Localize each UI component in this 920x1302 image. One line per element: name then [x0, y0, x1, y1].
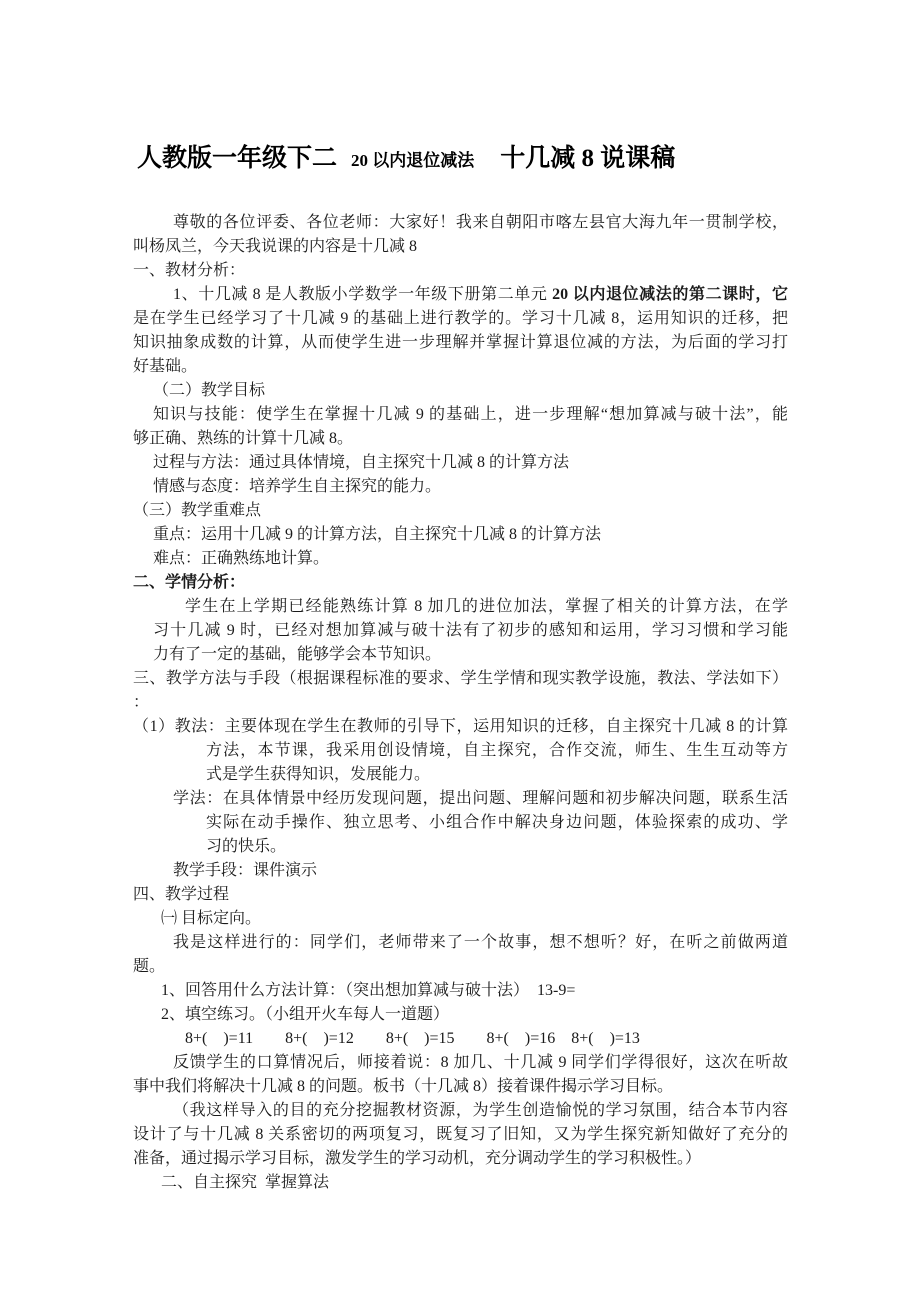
doc-line: 知识与技能：使学生在掌握十几减 9 的基础上，进一步理解“想加算减与破十法”，能 [153, 403, 788, 427]
doc-line: 好基础。 [133, 355, 788, 379]
doc-line: 重点：运用十几减 9 的计算方法，自主探究十几减 8 的计算方法 [153, 523, 788, 547]
doc-line: 方法，本节课，我采用创设情境，自主探究，合作交流，师生、生生互动等方 [206, 739, 788, 763]
doc-heading-key-difficult-points: （三）教学重难点 [133, 499, 788, 523]
doc-line: 我是这样进行的：同学们，老师带来了一个故事，想不想听？好，在听之前做两道 [173, 931, 788, 955]
doc-line: 够正确、熟练的计算十几减 8。 [133, 427, 788, 451]
doc-line: 教学手段：课件演示 [173, 859, 788, 883]
doc-heading-teaching-goals: （二）教学目标 [153, 379, 788, 403]
doc-line: 准备，通过揭示学习目标，激发学生的学习动机，充分调动学生的学习积极性。） [133, 1147, 788, 1171]
document-page: 人教版一年级下二 20 以内退位减法 十几减 8 说课稿 尊敬的各位评委、各位老… [0, 0, 920, 1302]
doc-line: 是在学生已经学习了十几减 9 的基础上进行教学的。学习十几减 8，运用知识的迁移… [133, 307, 788, 331]
title-main-left: 人教版一年级下二 [137, 145, 337, 172]
doc-line: 情感与态度：培养学生自主探究的能力。 [153, 475, 788, 499]
page-title: 人教版一年级下二 20 以内退位减法 十几减 8 说课稿 [137, 140, 788, 176]
doc-heading-teaching-process: 四、教学过程 [133, 883, 788, 907]
doc-line-segment: 1、十几减 8 是人教版小学数学一年级下册第二单元 [173, 286, 552, 303]
doc-line: 2、填空练习。（小组开火车每人一道题） [161, 1003, 788, 1027]
doc-line-greeting: 尊敬的各位评委、各位老师：大家好！我来自朝阳市喀左县官大海九年一贯制学校， [173, 211, 788, 235]
doc-line: 过程与方法：通过具体情境，自主探究十几减 8 的计算方法 [153, 451, 788, 475]
doc-line: 习的快乐。 [206, 835, 788, 859]
doc-line-greeting-2: 叫杨凤兰，今天我说课的内容是十几减 8 [133, 235, 788, 259]
doc-line: 式是学生获得知识，发展能力。 [206, 763, 788, 787]
doc-line: 知识抽象成数的计算，从而使学生进一步理解并掌握计算退位减的方法，为后面的学习打 [133, 331, 788, 355]
doc-heading-material-analysis: 一、教材分析： [133, 259, 788, 283]
title-main-right: 十几减 8 说课稿 [500, 145, 675, 172]
doc-line: （我这样导入的目的充分挖掘教材资源，为学生创造愉悦的学习氛围，结合本节内容 [173, 1099, 788, 1123]
doc-line: 1、十几减 8 是人教版小学数学一年级下册第二单元 20 以内退位减法的第二课时… [173, 283, 788, 307]
doc-line: 实际在动手操作、独立思考、小组合作中解决身边问题，体验探索的成功、学 [206, 811, 788, 835]
doc-line: 事中我们将解决十几减 8 的问题。板书（十几减 8）接着课件揭示学习目标。 [133, 1075, 788, 1099]
doc-heading-learner-analysis: 二、学情分析： [133, 571, 788, 595]
doc-line-segment-bold: 20 以内退位减法的第二课时，它 [552, 286, 788, 303]
doc-line: 反馈学生的口算情况后，师接着说：8 加几、十几减 9 同学们学得很好，这次在听故 [173, 1051, 788, 1075]
doc-line: 1、回答用什么方法计算：（突出想加算减与破十法） 13-9= [161, 979, 788, 1003]
doc-heading-teaching-methods: 三、教学方法与手段（根据课程标准的要求、学生学情和现实教学设施，教法、学法如下） [133, 667, 788, 691]
doc-line: 学法：在具体情景中经历发现问题，提出问题、理解问题和初步解决问题，联系生活 [173, 787, 788, 811]
title-subtitle: 20 以内退位减法 [351, 151, 474, 170]
doc-line: 难点：正确熟练地计算。 [153, 547, 788, 571]
doc-heading-independent-exploration: 二、自主探究 掌握算法 [161, 1171, 788, 1195]
doc-line: 习十几减 9 时，已经对想加算减与破十法有了初步的感知和运用，学习习惯和学习能 [153, 619, 788, 643]
doc-line: 学生在上学期已经能熟练计算 8 加几的进位加法，掌握了相关的计算方法，在学 [185, 595, 788, 619]
doc-line: （1）教法：主要体现在学生在教师的引导下，运用知识的迁移，自主探究十几减 8 的… [133, 715, 788, 739]
doc-line: ㈠ 目标定向。 [161, 907, 788, 931]
doc-line: 题。 [133, 955, 788, 979]
document-content: 人教版一年级下二 20 以内退位减法 十几减 8 说课稿 尊敬的各位评委、各位老… [133, 140, 788, 1195]
document-body: 尊敬的各位评委、各位老师：大家好！我来自朝阳市喀左县官大海九年一贯制学校， 叫杨… [133, 211, 788, 1195]
doc-line: 力有了一定的基础，能够学会本节知识。 [153, 643, 788, 667]
doc-line: 设计了与十几减 8 关系密切的两项复习，既复习了旧知，又为学生探究新知做好了充分… [133, 1123, 788, 1147]
doc-line-equations: 8+( )=11 8+( )=12 8+( )=15 8+( )=16 8+( … [185, 1027, 788, 1051]
doc-line: ： [133, 691, 788, 715]
